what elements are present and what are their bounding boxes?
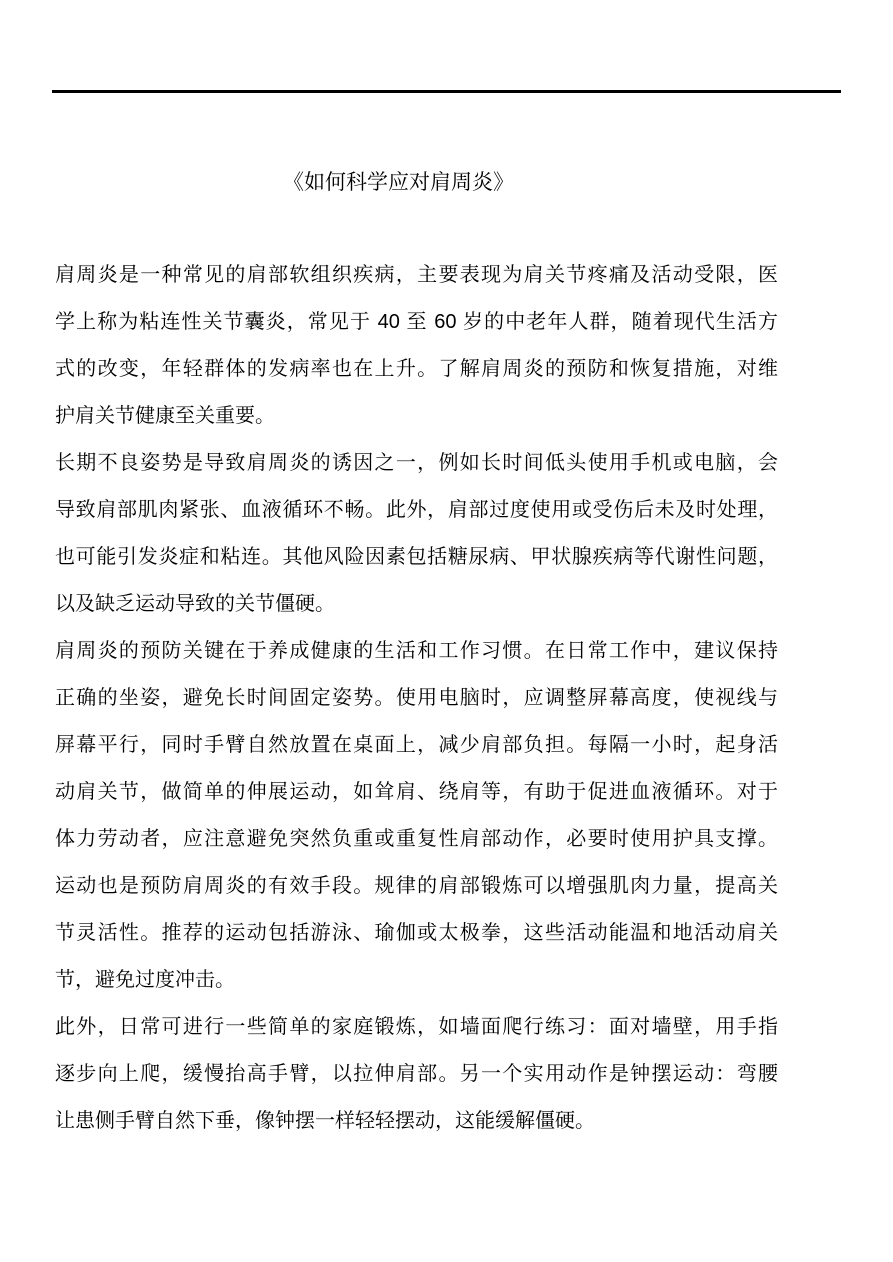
text-line: 逐步向上爬，缓慢抬高手臂，以拉伸肩部。另一个实用动作是钟摆运动：弯腰 xyxy=(55,1051,778,1098)
text-line: 学上称为粘连性关节囊炎，常见于 40 至 60 岁的中老年人群，随着现代生活方 xyxy=(55,299,778,346)
header-rule xyxy=(52,90,841,93)
text-line: 护肩关节健康至关重要。 xyxy=(55,393,778,440)
text-line: 节灵活性。推荐的运动包括游泳、瑜伽或太极拳，这些活动能温和地活动肩关 xyxy=(55,910,778,957)
text-line: 也可能引发炎症和粘连。其他风险因素包括糖尿病、甲状腺疾病等代谢性问题， xyxy=(55,534,778,581)
text-line: 以及缺乏运动导致的关节僵硬。 xyxy=(55,581,778,628)
text-line: 导致肩部肌肉紧张、血液循环不畅。此外，肩部过度使用或受伤后未及时处理， xyxy=(55,487,778,534)
text-line: 此外，日常可进行一些简单的家庭锻炼，如墙面爬行练习：面对墙壁，用手指 xyxy=(55,1004,778,1051)
text-line: 式的改变，年轻群体的发病率也在上升。了解肩周炎的预防和恢复措施，对维 xyxy=(55,346,778,393)
document-title: 《如何科学应对肩周炎》 xyxy=(55,168,742,198)
text-line: 节，避免过度冲击。 xyxy=(55,957,778,1004)
text-line: 肩周炎的预防关键在于养成健康的生活和工作习惯。在日常工作中，建议保持 xyxy=(55,628,778,675)
document-body: 肩周炎是一种常见的肩部软组织疾病，主要表现为肩关节疼痛及活动受限，医学上称为粘连… xyxy=(55,252,778,1145)
text-line: 屏幕平行，同时手臂自然放置在桌面上，减少肩部负担。每隔一小时，起身活 xyxy=(55,722,778,769)
text-line: 让患侧手臂自然下垂，像钟摆一样轻轻摆动，这能缓解僵硬。 xyxy=(55,1098,778,1145)
text-line: 运动也是预防肩周炎的有效手段。规律的肩部锻炼可以增强肌肉力量，提高关 xyxy=(55,863,778,910)
document-page: 《如何科学应对肩周炎》 肩周炎是一种常见的肩部软组织疾病，主要表现为肩关节疼痛及… xyxy=(0,0,893,1262)
text-line: 体力劳动者，应注意避免突然负重或重复性肩部动作，必要时使用护具支撑。 xyxy=(55,816,778,863)
text-line: 长期不良姿势是导致肩周炎的诱因之一，例如长时间低头使用手机或电脑，会 xyxy=(55,440,778,487)
text-line: 动肩关节，做简单的伸展运动，如耸肩、绕肩等，有助于促进血液循环。对于 xyxy=(55,769,778,816)
text-line: 肩周炎是一种常见的肩部软组织疾病，主要表现为肩关节疼痛及活动受限，医 xyxy=(55,252,778,299)
text-line: 正确的坐姿，避免长时间固定姿势。使用电脑时，应调整屏幕高度，使视线与 xyxy=(55,675,778,722)
